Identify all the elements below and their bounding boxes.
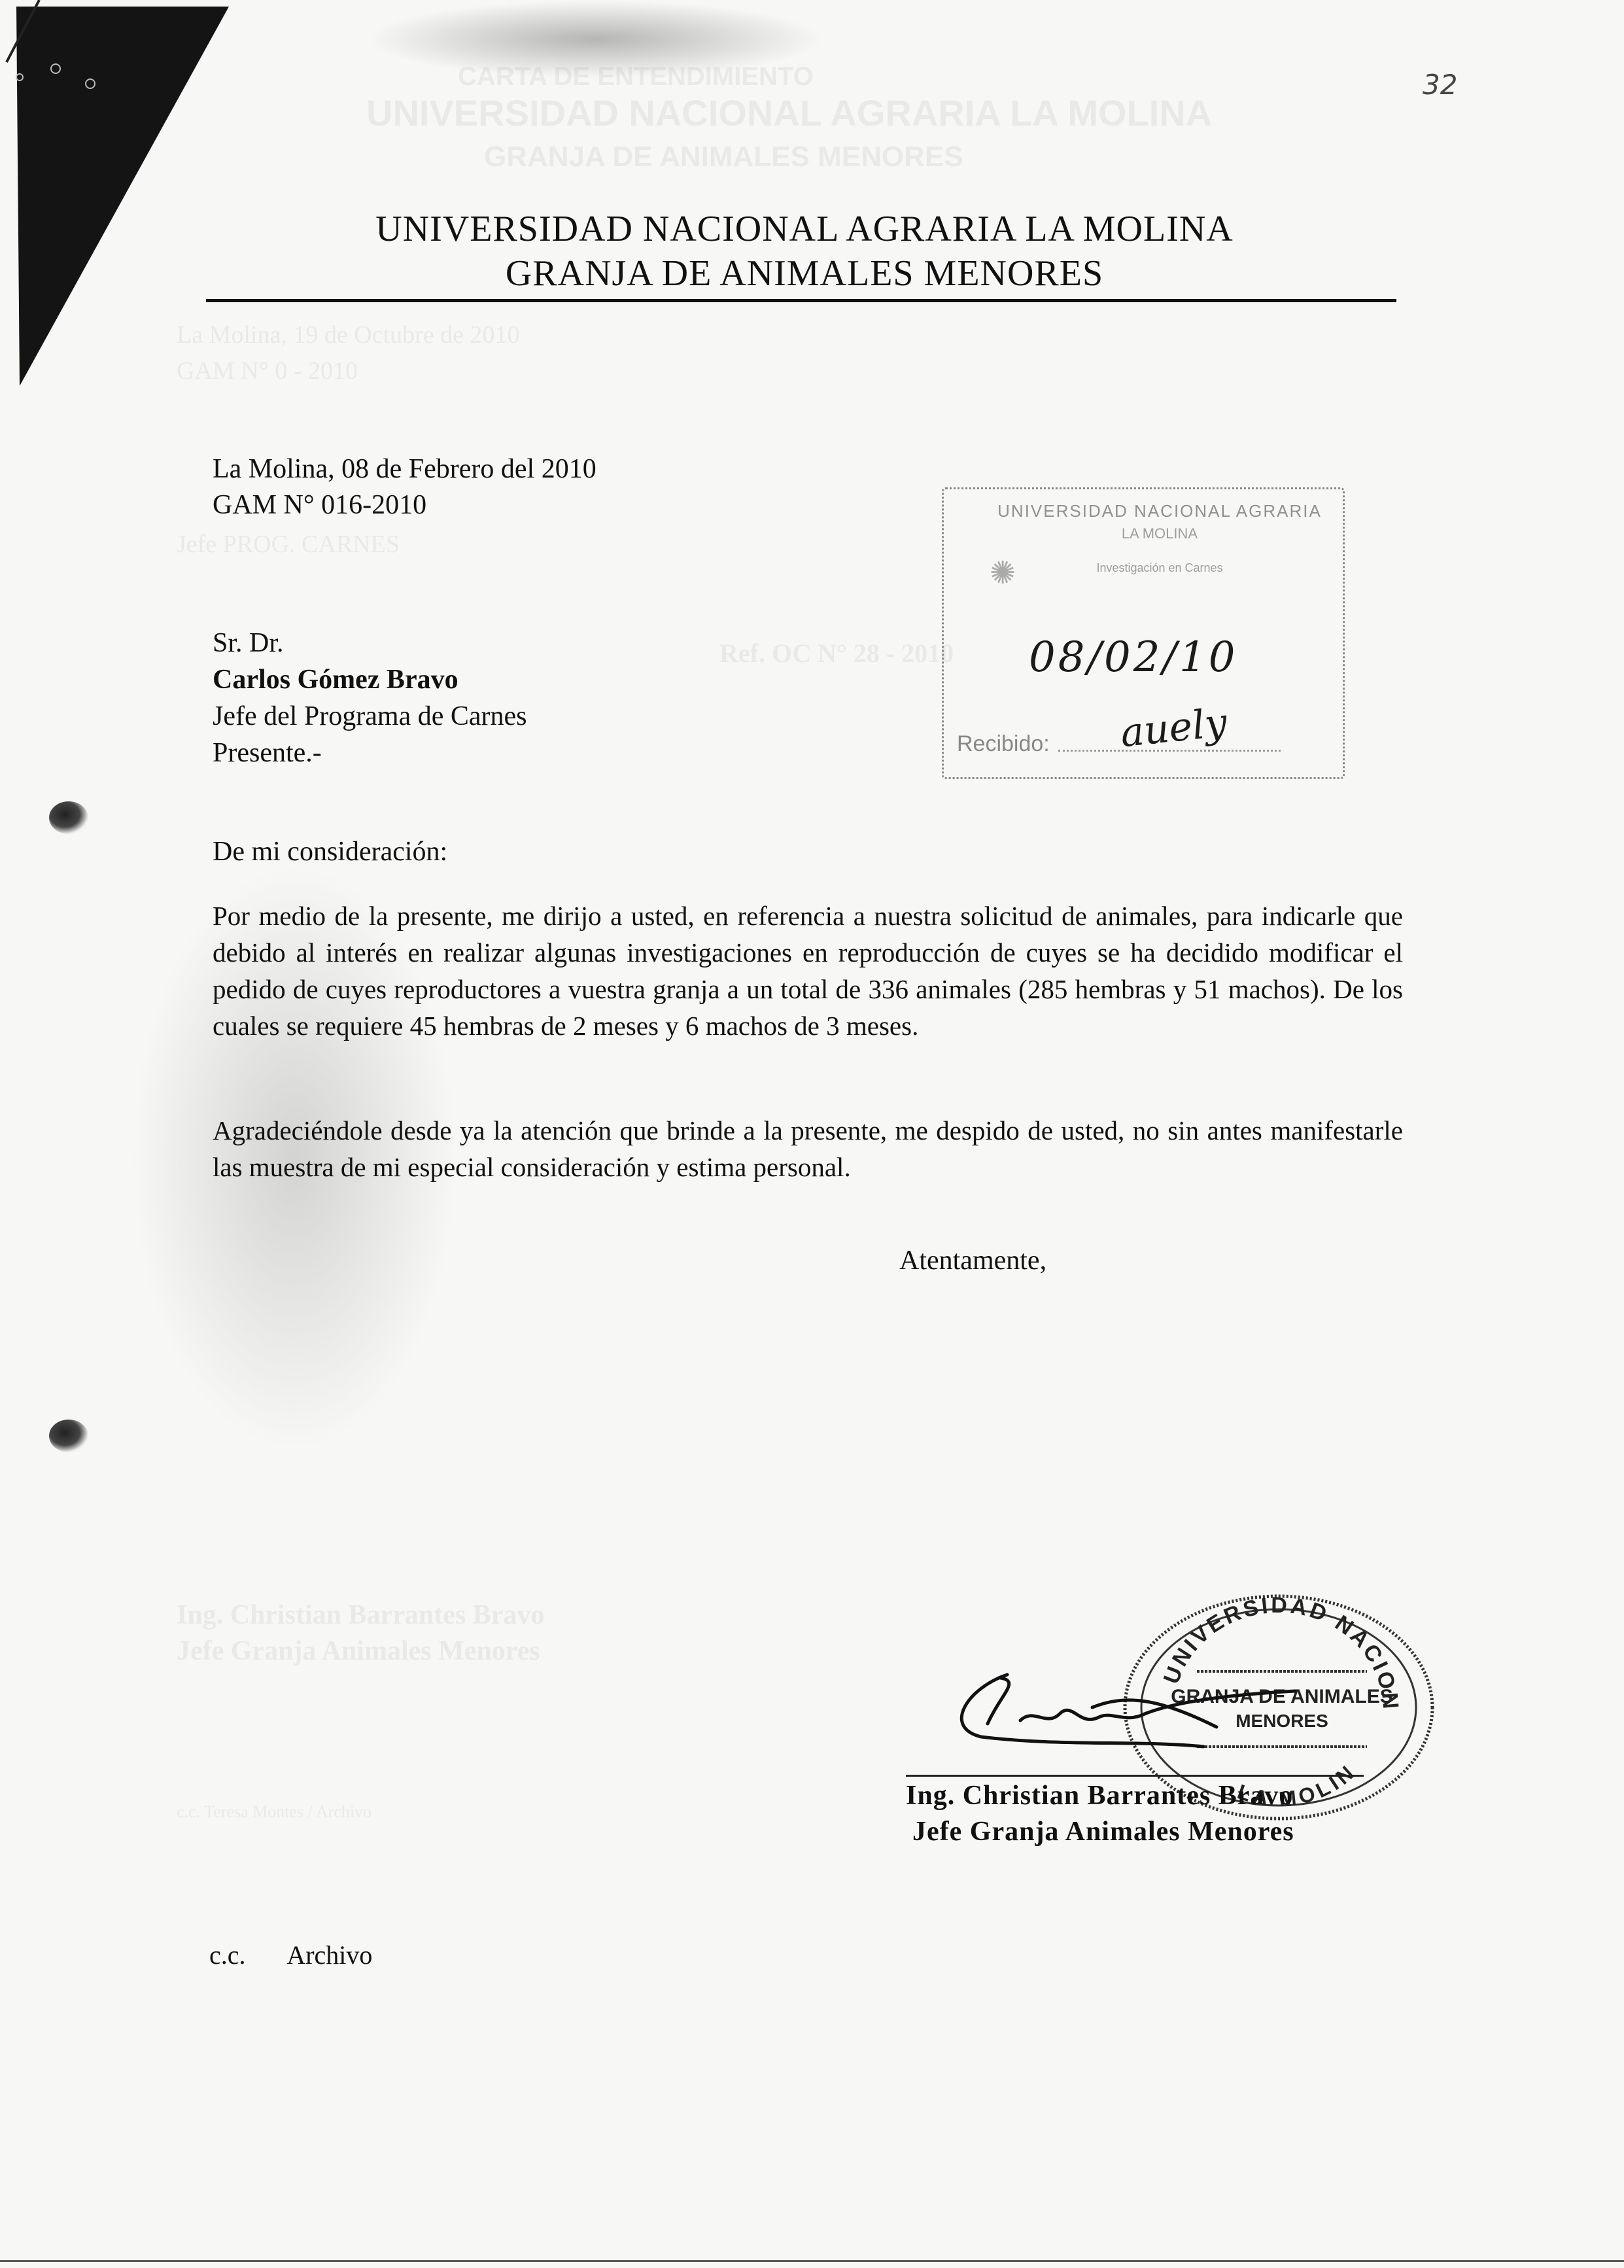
cc-label: c.c. bbox=[209, 1940, 246, 1970]
letterhead-divider bbox=[206, 299, 1396, 302]
ghost-text: GRANJA DE ANIMALES MENORES bbox=[484, 141, 963, 173]
cc-value: Archivo bbox=[286, 1940, 372, 1970]
page-edge bbox=[0, 2260, 1624, 2262]
stamp-unit: Investigación en Carnes bbox=[996, 561, 1323, 575]
ghost-text: La Molina, 19 de Octubre de 2010 bbox=[177, 321, 519, 349]
document-reference: GAM N° 016-2010 bbox=[213, 487, 426, 523]
stamp-subtitle: LA MOLINA bbox=[996, 525, 1323, 542]
salutation: De mi consideración: bbox=[213, 834, 447, 870]
ghost-text: CARTA DE ENTENDIMIENTO bbox=[458, 62, 814, 92]
recipient-position: Jefe del Programa de Carnes bbox=[213, 698, 527, 735]
body-paragraph: Agradeciéndole desde ya la atención que … bbox=[213, 1112, 1403, 1185]
body-paragraph: Por medio de la presente, me dirijo a us… bbox=[213, 898, 1403, 1044]
ghost-text: GAM N° 0 - 2010 bbox=[177, 357, 358, 385]
handwritten-date: 08/02/10 bbox=[1029, 633, 1237, 682]
recipient-honorific: Sr. Dr. bbox=[213, 625, 527, 661]
signer-name: Ing. Christian Barrantes Bravo bbox=[906, 1778, 1293, 1814]
emblem-icon: ✺ bbox=[990, 555, 1016, 591]
ghost-text: Ref. OC N° 28 - 2010 bbox=[719, 638, 954, 669]
ghost-text: Jefe Granja Animales Menores bbox=[177, 1635, 540, 1667]
ghost-text: Ing. Christian Barrantes Bravo bbox=[177, 1599, 544, 1631]
punch-hole bbox=[49, 801, 88, 834]
institution-name: UNIVERSIDAD NACIONAL AGRARIA LA MOLINA bbox=[206, 208, 1403, 250]
stamp-title: UNIVERSIDAD NACIONAL AGRARIA bbox=[996, 501, 1323, 521]
ghost-text: UNIVERSIDAD NACIONAL AGRARIA LA MOLINA bbox=[366, 92, 1212, 134]
signer-title: Jefe Granja Animales Menores bbox=[912, 1814, 1294, 1850]
carbon-copy: c.c. Archivo bbox=[209, 1940, 372, 1970]
received-stamp: UNIVERSIDAD NACIONAL AGRARIA LA MOLINA I… bbox=[942, 487, 1345, 779]
ghost-text: c.c. Teresa Montes / Archivo bbox=[177, 1802, 371, 1822]
department-name: GRANJA DE ANIMALES MENORES bbox=[206, 253, 1403, 294]
page-number: 32 bbox=[1423, 69, 1457, 101]
place-date: La Molina, 08 de Febrero del 2010 bbox=[213, 451, 596, 487]
closing: Atentamente, bbox=[899, 1243, 1046, 1279]
signature-line bbox=[906, 1775, 1364, 1777]
recipient-name: Carlos Gómez Bravo bbox=[213, 661, 527, 698]
received-label: Recibido: bbox=[957, 731, 1050, 757]
received-signature: auely bbox=[1118, 700, 1229, 757]
letterhead: UNIVERSIDAD NACIONAL AGRARIA LA MOLINA G… bbox=[206, 208, 1403, 294]
recipient-block: Sr. Dr. Carlos Gómez Bravo Jefe del Prog… bbox=[213, 625, 527, 771]
handwritten-signature bbox=[929, 1649, 1321, 1766]
ghost-text: Jefe PROG. CARNES bbox=[177, 530, 400, 559]
recipient-closing: Presente.- bbox=[213, 735, 527, 771]
punch-hole bbox=[49, 1420, 88, 1452]
